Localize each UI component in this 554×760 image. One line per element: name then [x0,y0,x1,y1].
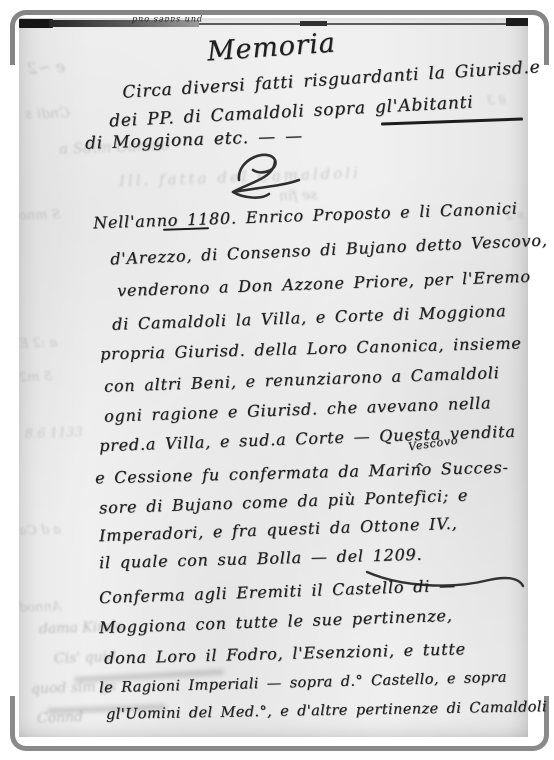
body-line-6: con altri Beni, e renunziarono a Camaldo… [104,363,500,396]
body-line-13: Conferma agli Eremiti il Castello di — [99,576,456,607]
body-line-17: gl'Uomini del Med.°, e d'altre pertinenz… [106,699,547,723]
bleedthrough-text: 8.6 1133 [25,425,83,442]
bleedthrough-text: S mno [19,207,61,223]
body-line-15: dona Loro il Fodro, l'Esenzioni, e tutte [104,639,466,667]
bleedthrough-text: e ~2 [27,57,66,77]
film-edge-blob-left [19,19,53,28]
film-edge-text: pun saaes oud [131,15,202,24]
body-line-4: di Camaldoli la Villa, e Corte di Moggio… [112,301,507,334]
body-line-2: d'Arezzo, di Consenso di Bujano detto Ve… [110,230,548,268]
body-line-3: venderono a Don Azzone Priore, per l'Ere… [117,267,531,300]
year-1180-underline [163,227,209,231]
bleedthrough-text: a :2 E [19,335,58,351]
body-line-14: Moggiona con tutte le sue pertinenze, [99,606,453,637]
bleedthrough-text: Annod [19,599,62,615]
body-line-5: propria Giurisd. della Loro Canonica, in… [100,333,522,363]
body-line-7: ogni ragione e Giurisd. che avevano nell… [104,393,492,426]
bleedthrough-text: il 3 [487,93,507,108]
page-title: Memoria [206,28,337,68]
body-line-10: sore di Bujano come da più Pontefici; e [99,486,469,518]
header-line-1: Circa diversi fatti risguardanti la Giur… [122,57,541,103]
bleedthrough-text: 5 m2 [19,369,53,385]
body-line-9: e Cessione fu confermata da Marino Succe… [95,458,509,488]
bleedthrough-text: a d Ca [19,522,62,538]
manuscript-scan: pun saaes oud e ~2 Cndi s a Sdim Camno I… [19,18,528,737]
film-edge-segment [300,21,327,26]
scanned-document-view: pun saaes oud e ~2 Cndi s a Sdim Camno I… [0,0,554,760]
film-edge-blob-right [506,18,528,26]
body-line-11: Imperadori, e fra questi da Ottone IV., [99,514,458,546]
header-underline [381,118,523,126]
divider-flourish [217,146,313,208]
bleedthrough-text: Cndi s [25,105,70,123]
